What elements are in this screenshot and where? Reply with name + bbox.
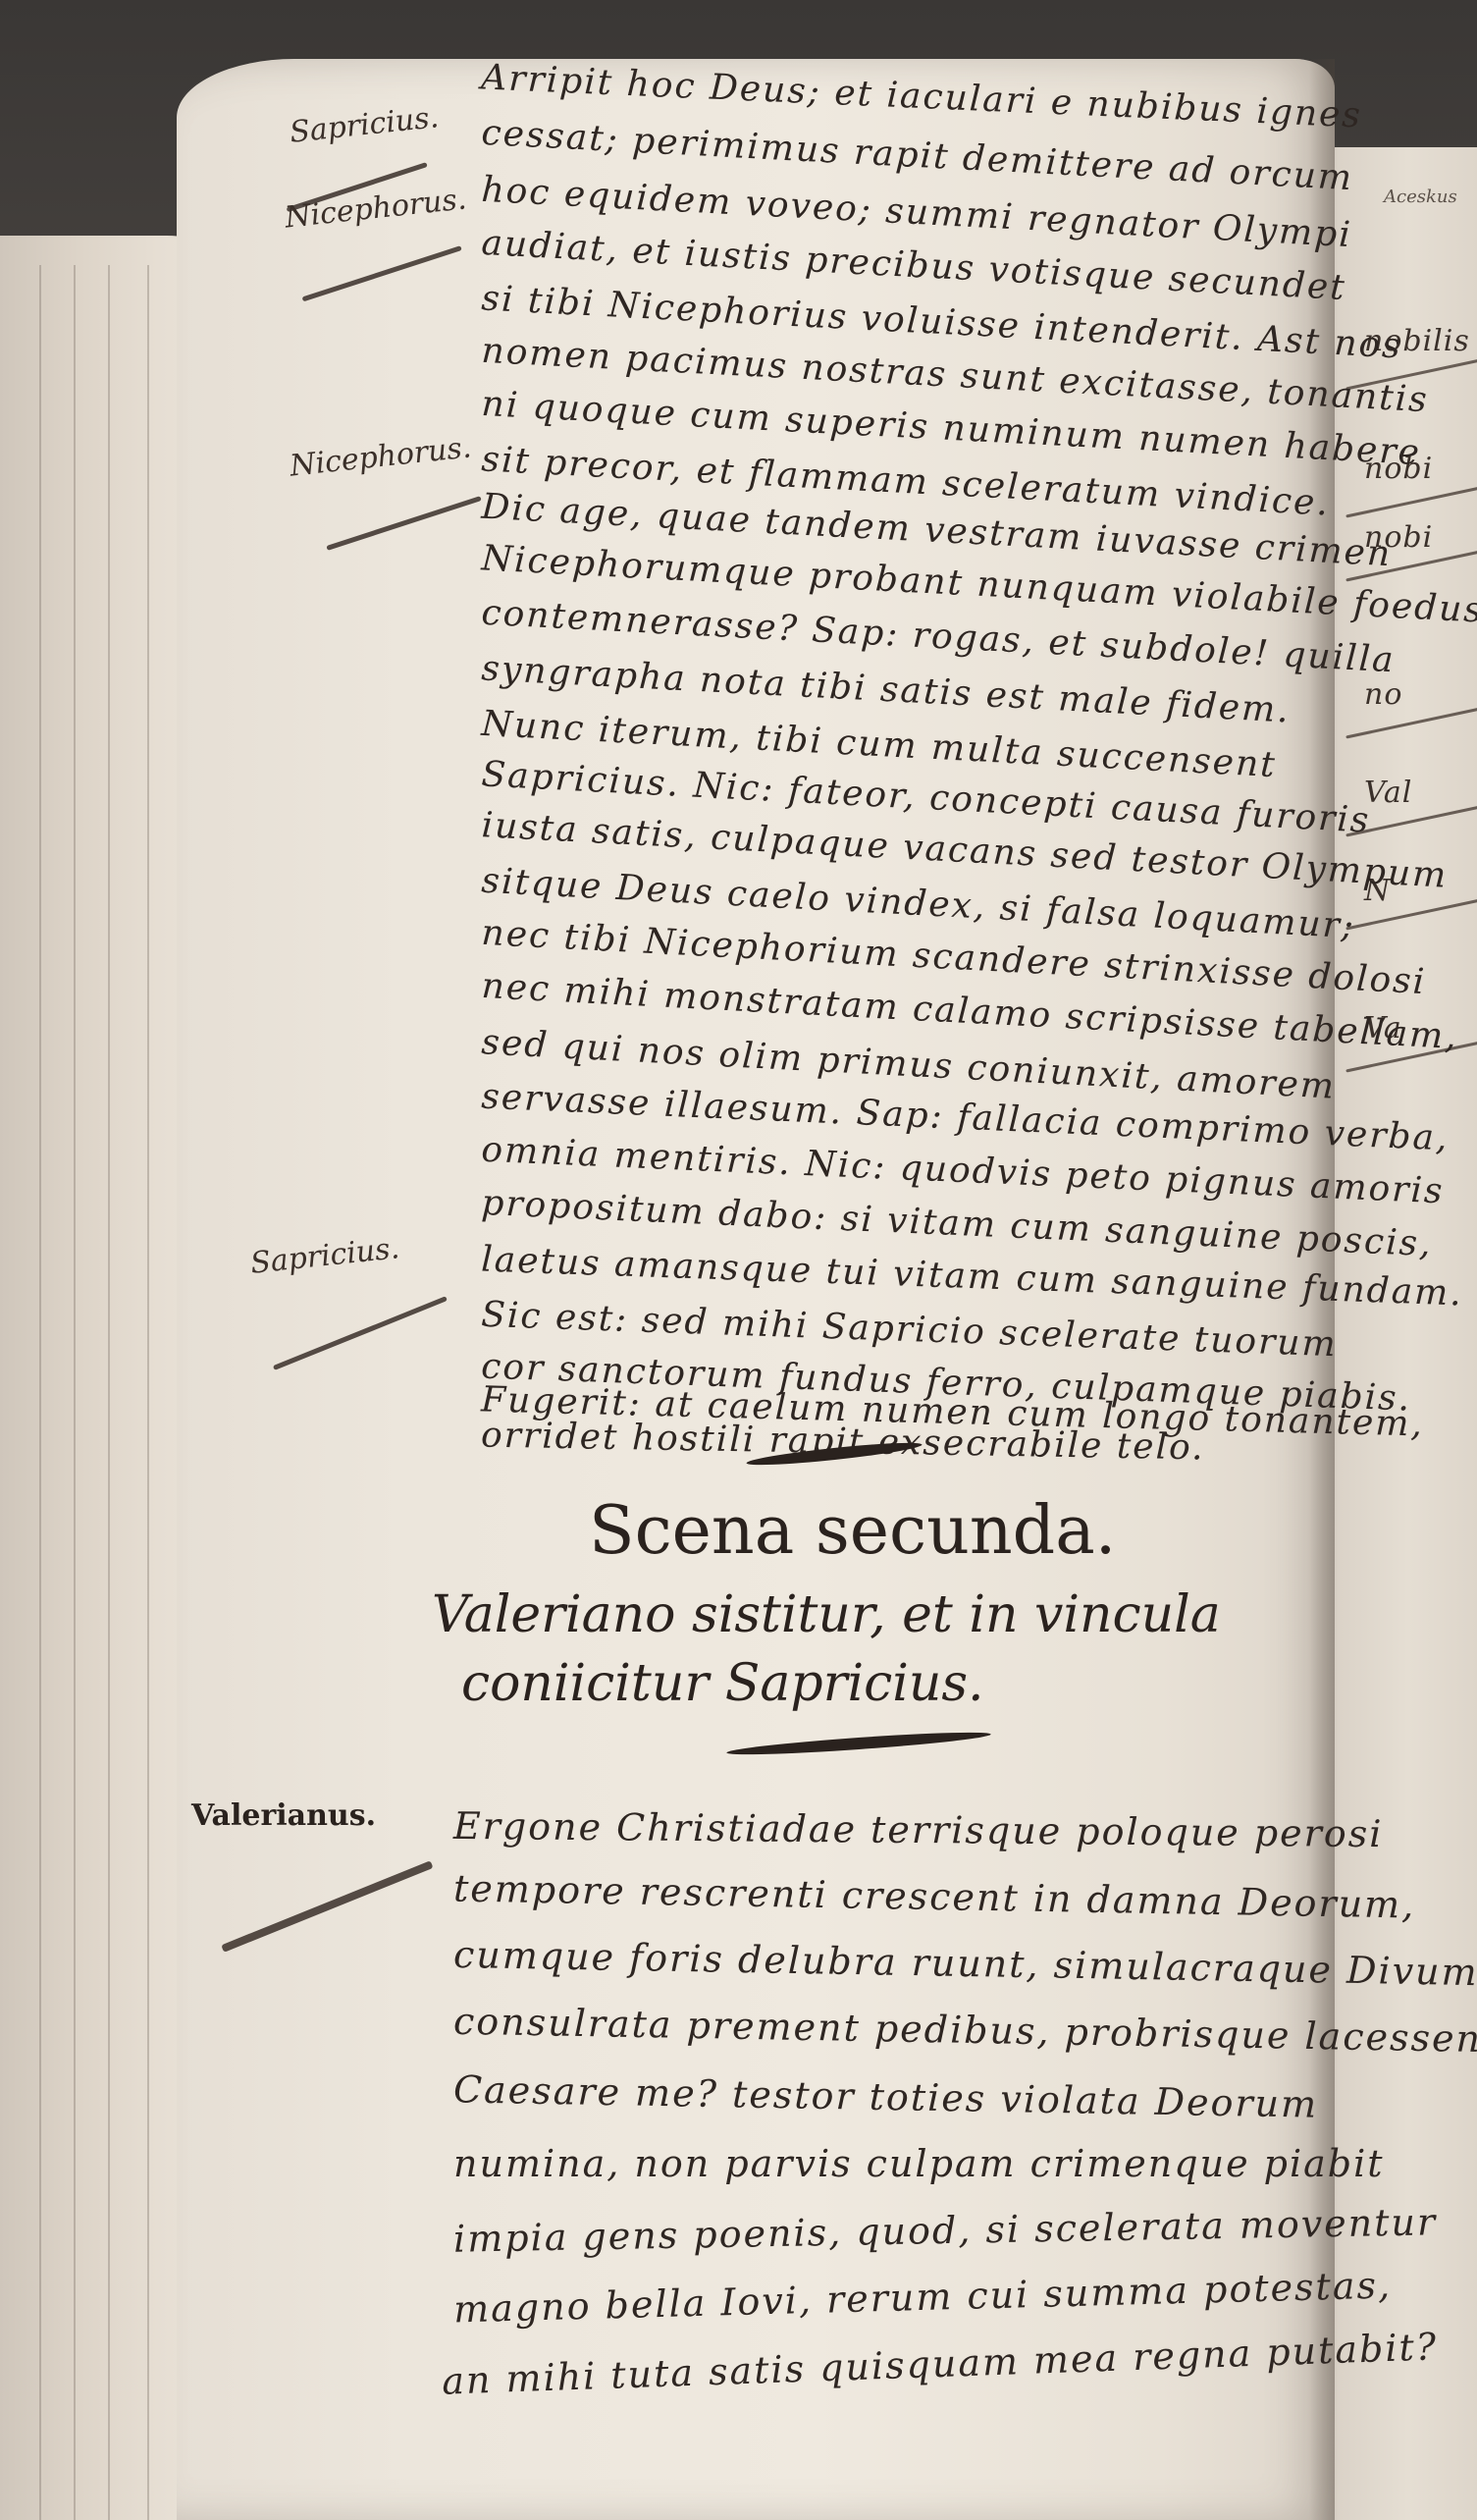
scene-subtitle-line2: coniicitur Sapricius. (461, 1654, 984, 1713)
page-edge (39, 265, 41, 2520)
facing-rule (1345, 486, 1477, 517)
page-edge (74, 265, 76, 2520)
scene-subtitle-line1: Valeriano sistitur, et in vincula (432, 1585, 1221, 1644)
facing-speaker: no (1364, 677, 1402, 712)
facing-running-head: Aceskus (1384, 187, 1457, 207)
facing-rule (1345, 707, 1477, 738)
text-line: numina, non parvis culpam crimenque piab… (453, 2142, 1385, 2185)
facing-speaker: Val (1364, 776, 1412, 810)
scene-title: Scena secunda. (589, 1492, 1116, 1570)
page-edge (108, 265, 110, 2520)
page-edge (147, 265, 149, 2520)
text-line: Ergone Christiadae terrisque poloque per… (453, 1804, 1384, 1855)
speaker-label-valerianus: Valerianus. (191, 1798, 376, 1833)
